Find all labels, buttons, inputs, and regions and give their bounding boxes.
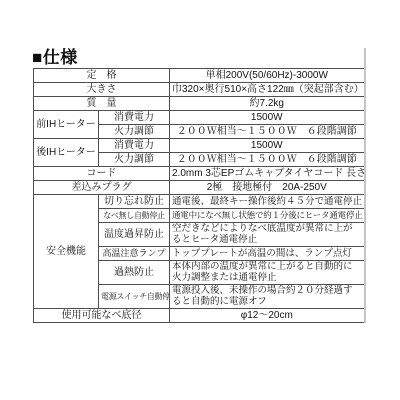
title-bullet-icon: ■	[32, 48, 43, 67]
safety-temp-rise-label: 温度過昇防止	[99, 223, 170, 247]
safety-switch-auto-off-value: 電源投入後、未操作の場合約２０分経過すると自動的に電源オフ	[170, 285, 365, 309]
safety-hot-lamp-label: 高温注意ランプ	[99, 247, 170, 261]
front-ih-power-label: 消費電力	[99, 111, 170, 125]
table-row-size: 大きさ 巾320×奥行510×高さ122㎜（突起部含む）	[34, 83, 365, 97]
front-ih-power-value: 1500W	[170, 111, 365, 125]
front-ih-group-label: 前IHヒーター	[34, 111, 99, 139]
table-row-rear-ih-power: 後IHヒーター 消費電力 1500W	[34, 139, 365, 153]
rear-ih-power-label: 消費電力	[99, 139, 170, 153]
table-row-safety-forget-off: 安全機能 切り忘れ防止 通電後、最終キー操作後約４５分で通電停止	[34, 195, 365, 209]
rear-ih-power-value: 1500W	[170, 139, 365, 153]
rear-ih-heat-value: ２００Ｗ相当～１５００Ｗ ６段階調節	[170, 153, 365, 167]
cord-label: コード	[34, 167, 170, 181]
safety-temp-rise-value: 空だきなどによりなべ底温度が異常に上がるとヒータ通電停止	[170, 223, 365, 247]
weight-label: 質 量	[34, 97, 170, 111]
spec-table: 定 格 単相200V(50/60Hz)-3000W 大きさ 巾320×奥行510…	[33, 68, 366, 323]
front-ih-heat-label: 火力調節	[99, 125, 170, 139]
safety-no-pan-label: なべ無し自動停止	[99, 209, 170, 223]
table-row-pan-diameter: 使用可能なべ底径 φ12～20cm	[34, 309, 365, 323]
cord-value: 2.0mm 3芯EPゴムキャブタイヤコード 長さ0.7m	[170, 167, 365, 181]
pan-diameter-value: φ12～20cm	[170, 309, 365, 323]
size-value: 巾320×奥行510×高さ122㎜（突起部含む）	[170, 83, 365, 97]
safety-forget-off-value: 通電後、最終キー操作後約４５分で通電停止	[170, 195, 365, 209]
table-row-weight: 質 量 約7.2kg	[34, 97, 365, 111]
rating-label: 定 格	[34, 69, 170, 83]
safety-overheat-value: 本体内部の温度が異常に上がると自動的に火力調整または通電停止	[170, 261, 365, 285]
safety-no-pan-value: 通電中になべ無し状態で約１分後にヒータ通電停止	[170, 209, 365, 223]
plug-label: 差込みプラグ	[34, 181, 170, 195]
plug-value: 2極 接地極付 20A-250V	[170, 181, 365, 195]
safety-overheat-label: 過熱防止	[99, 261, 170, 285]
table-row-plug: 差込みプラグ 2極 接地極付 20A-250V	[34, 181, 365, 195]
weight-value: 約7.2kg	[170, 97, 365, 111]
spec-sheet-page: ■仕様 定 格 単相200V(50/60Hz)-3000W 大きさ 巾320×奥…	[0, 0, 400, 400]
page-title-row: ■仕様	[32, 43, 78, 68]
safety-forget-off-label: 切り忘れ防止	[99, 195, 170, 209]
table-right-border-extension	[364, 48, 366, 69]
page-title: 仕様	[43, 48, 78, 67]
safety-group-label: 安全機能	[34, 195, 99, 309]
front-ih-heat-value: ２００Ｗ相当～１５００Ｗ ６段階調節	[170, 125, 365, 139]
table-row-front-ih-power: 前IHヒーター 消費電力 1500W	[34, 111, 365, 125]
rating-value: 単相200V(50/60Hz)-3000W	[170, 69, 365, 83]
size-label: 大きさ	[34, 83, 170, 97]
pan-diameter-label: 使用可能なべ底径	[34, 309, 170, 323]
rear-ih-heat-label: 火力調節	[99, 153, 170, 167]
rear-ih-group-label: 後IHヒーター	[34, 139, 99, 167]
safety-switch-auto-off-label: 電源スイッチ自動停止	[99, 285, 170, 309]
table-row-cord: コード 2.0mm 3芯EPゴムキャブタイヤコード 長さ0.7m	[34, 167, 365, 181]
table-row-rating: 定 格 単相200V(50/60Hz)-3000W	[34, 69, 365, 83]
safety-hot-lamp-value: トッププレートが高温の間は、ランプ点灯	[170, 247, 365, 261]
